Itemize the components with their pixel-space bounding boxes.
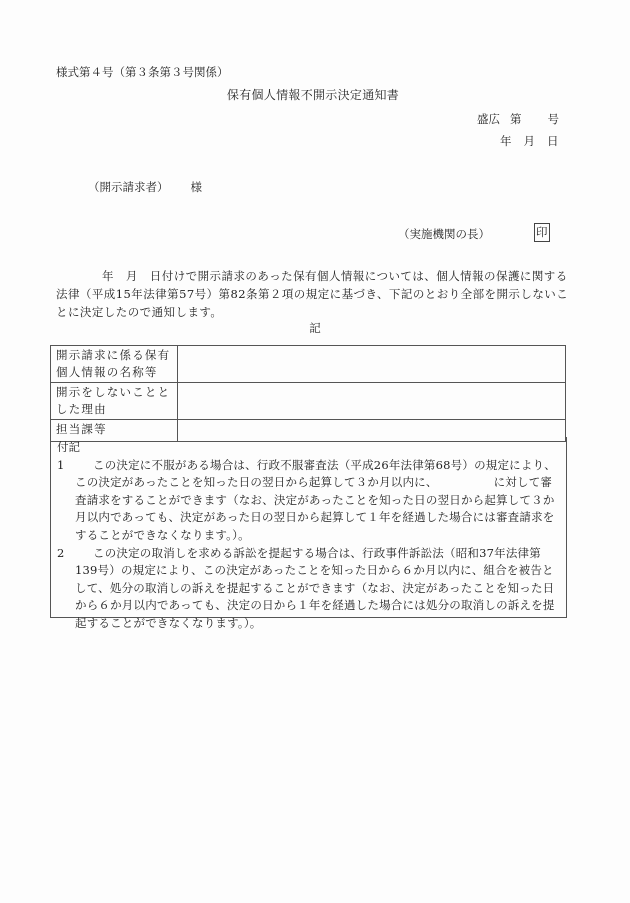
recipient-label: （開示請求者） [88,180,169,194]
ki-heading: 記 [0,320,630,336]
date-month: 月 [524,134,536,148]
document-title: 保有個人情報不開示決定通知書 [0,86,630,103]
body-paragraph: 年 月 日付けで開示請求のあった保有個人情報については、個人情報の保護に関する法… [56,267,576,321]
note-item: 2 この決定の取消しを求める訴訟を提起する場合は、行政事件訴訟法（昭和37年法律… [57,545,559,633]
docnum-go: 号 [548,112,560,126]
table-label: 開示請求に係る保有個人情報の名称等 [51,346,178,383]
form-number: 様式第４号（第３条第３号関係） [56,64,229,80]
body-date-part: 年 月 日付けで [102,269,198,283]
note-item: 1 この決定に不服がある場合は、行政不服審査法（平成26年法律第68号）の規定に… [57,457,559,545]
date-year: 年 [500,134,512,148]
table-row: 開示請求に係る保有個人情報の名称等 [51,346,566,383]
note-text: この決定に不服がある場合は、行政不服審査法（平成26年法律第68号）の規定により… [75,458,556,490]
info-table: 開示請求に係る保有個人情報の名称等 開示をしないこととした理由 担当課等 [50,345,566,442]
recipient-honorific: 様 [191,180,203,194]
document-number: 盛広第号 [477,111,559,127]
seal-box: 印 [534,223,550,242]
document-title-text: 保有個人情報不開示決定通知書 [227,88,399,102]
docnum-prefix: 盛広 [477,112,500,126]
date-day: 日 [547,134,559,148]
note-text: この決定の取消しを求める訴訟を提起する場合は、行政事件訴訟法（昭和37年法律第 … [75,546,555,630]
issue-date: 年月日 [500,133,559,149]
table-label: 開示をしないこととした理由 [51,383,178,420]
issuer-label: （実施機関の長） [398,226,490,242]
recipient: （開示請求者）様 [88,179,202,195]
note-number: 1 [57,457,65,475]
note-number: 2 [57,545,65,563]
table-value [178,346,566,383]
notes-section: 付記 1 この決定に不服がある場合は、行政不服審査法（平成26年法律第68号）の… [50,437,567,618]
docnum-dai: 第 [510,112,522,126]
notes-heading: 付記 [57,439,559,457]
table-value [178,383,566,420]
table-row: 開示をしないこととした理由 [51,383,566,420]
